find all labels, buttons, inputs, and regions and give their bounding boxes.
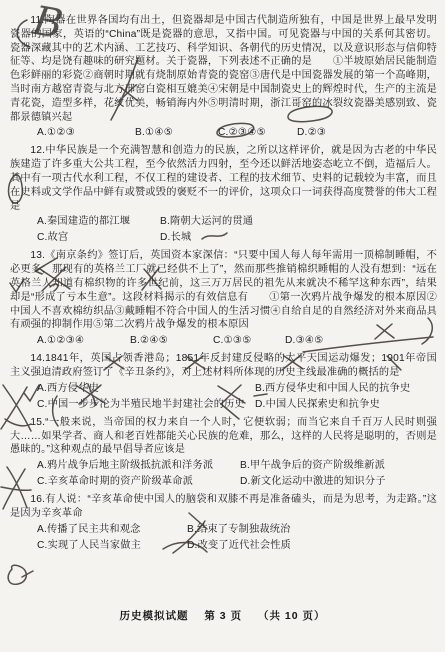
question-12: 12.中华民族是一个充满智慧和创造力的民族，之所以这样评价，就是因为古老的中华民… xyxy=(10,144,437,245)
option-b: B.西方侵华史和中国人民的抗争史 xyxy=(255,382,410,396)
footer-page-number: 第 3 页 xyxy=(204,610,242,622)
question-13: 13.《南京条约》签订后，英国资本家深信：“只要中国人每人每年需用一顶棉制睡帽，… xyxy=(10,249,437,348)
option-c: C.故宫 xyxy=(37,231,160,245)
option-a: A.秦国建造的都江堰 xyxy=(37,215,160,229)
question-14-options-row-2: C.中国一步步沦为半殖民地半封建社会的历史 D.中国人民探索史和抗争史 xyxy=(37,398,437,412)
question-16-options-row-1: A.传播了民主共和观念 B.结束了专制独裁统治 xyxy=(37,523,437,537)
exam-body: 11.陶器在世界各国均有出土，但瓷器却是中国古代制造所独有，中国是世界上最早发明… xyxy=(10,14,437,557)
question-16: 16.有人说：“辛亥革命使中国人的脑袋和双膝不再是准备磕头，而是为思考，为走路。… xyxy=(10,493,437,553)
footer-title: 历史模拟试题 xyxy=(119,610,188,622)
question-14-stem: 14.1841年，英国占领香港岛；1851年反封建反侵略的太平天国运动爆发；19… xyxy=(10,352,437,380)
pen-doodle-q16-margin xyxy=(8,565,33,584)
question-11: 11.陶器在世界各国均有出土，但瓷器却是中国古代制造所独有，中国是世界上最早发明… xyxy=(10,14,437,140)
question-12-options-row-2: C.故宫 D.长城 xyxy=(37,231,437,245)
question-11-options: A.①②③ B.①④⑤ C.②③④⑤ D.②③ xyxy=(37,126,437,140)
option-d: D.中国人民探索史和抗争史 xyxy=(255,398,380,412)
question-14: 14.1841年，英国占领香港岛；1851年反封建反侵略的太平天国运动爆发；19… xyxy=(10,352,437,412)
exam-scan-page: 11.陶器在世界各国均有出土，但瓷器却是中国古代制造所独有，中国是世界上最早发明… xyxy=(0,0,445,652)
option-b: B.甲午战争后的资产阶级维新派 xyxy=(240,459,385,473)
question-15-stem: 15.“一般来说，当帝国的权力来自一个人时，它便软弱；而当它来自千百万人民时则强… xyxy=(10,416,437,457)
option-d: D.长城 xyxy=(160,231,191,245)
option-b: B.②④⑤ xyxy=(130,334,213,348)
option-c: C.实现了人民当家做主 xyxy=(37,539,187,553)
question-13-options: A.①②③④ B.②④⑤ C.①③⑤ D.③④⑤ xyxy=(37,334,437,348)
option-d: D.③④⑤ xyxy=(285,334,324,348)
footer-page-total: （共 10 页） xyxy=(258,610,326,622)
question-14-options-row-1: A.西方侵华史 B.西方侵华史和中国人民的抗争史 xyxy=(37,382,437,396)
option-c: C.辛亥革命时期的资产阶级革命派 xyxy=(37,475,240,489)
option-a: A.①②③④ xyxy=(37,334,130,348)
question-13-stem: 13.《南京条约》签订后，英国资本家深信：“只要中国人每人每年需用一顶棉制睡帽，… xyxy=(10,249,437,332)
option-b: B.结束了专制独裁统治 xyxy=(187,523,291,537)
question-12-options-row-1: A.秦国建造的都江堰 B.隋朝大运河的贯通 xyxy=(37,215,437,229)
option-d: D.新文化运动中激进的知识分子 xyxy=(240,475,386,489)
question-16-stem: 16.有人说：“辛亥革命使中国人的脑袋和双膝不再是准备磕头，而是为思考，为走路。… xyxy=(10,493,437,521)
page-footer: 历史模拟试题 第 3 页 （共 10 页） xyxy=(0,608,445,623)
question-15-options-row-2: C.辛亥革命时期的资产阶级革命派 D.新文化运动中激进的知识分子 xyxy=(37,475,437,489)
option-a: A.传播了民主共和观念 xyxy=(37,523,187,537)
option-b: B.隋朝大运河的贯通 xyxy=(160,215,253,229)
option-d: D.改变了近代社会性质 xyxy=(187,539,291,553)
option-c: C.①③⑤ xyxy=(213,334,285,348)
question-15: 15.“一般来说，当帝国的权力来自一个人时，它便软弱；而当它来自千百万人民时则强… xyxy=(10,416,437,489)
option-c: C.②③④⑤ xyxy=(218,126,297,140)
option-d: D.②③ xyxy=(297,126,326,140)
option-a: A.①②③ xyxy=(37,126,135,140)
question-16-options-row-2: C.实现了人民当家做主 D.改变了近代社会性质 xyxy=(37,539,437,553)
question-11-stem: 11.陶器在世界各国均有出土，但瓷器却是中国古代制造所独有，中国是世界上最早发明… xyxy=(10,14,437,124)
question-12-stem: 12.中华民族是一个充满智慧和创造力的民族，之所以这样评价，就是因为古老的中华民… xyxy=(10,144,437,213)
question-15-options-row-1: A.鸦片战争后地主阶级抵抗派和洋务派 B.甲午战争后的资产阶级维新派 xyxy=(37,459,437,473)
option-b: B.①④⑤ xyxy=(135,126,218,140)
option-c: C.中国一步步沦为半殖民地半封建社会的历史 xyxy=(37,398,255,412)
option-a: A.西方侵华史 xyxy=(37,382,255,396)
option-a: A.鸦片战争后地主阶级抵抗派和洋务派 xyxy=(37,459,240,473)
